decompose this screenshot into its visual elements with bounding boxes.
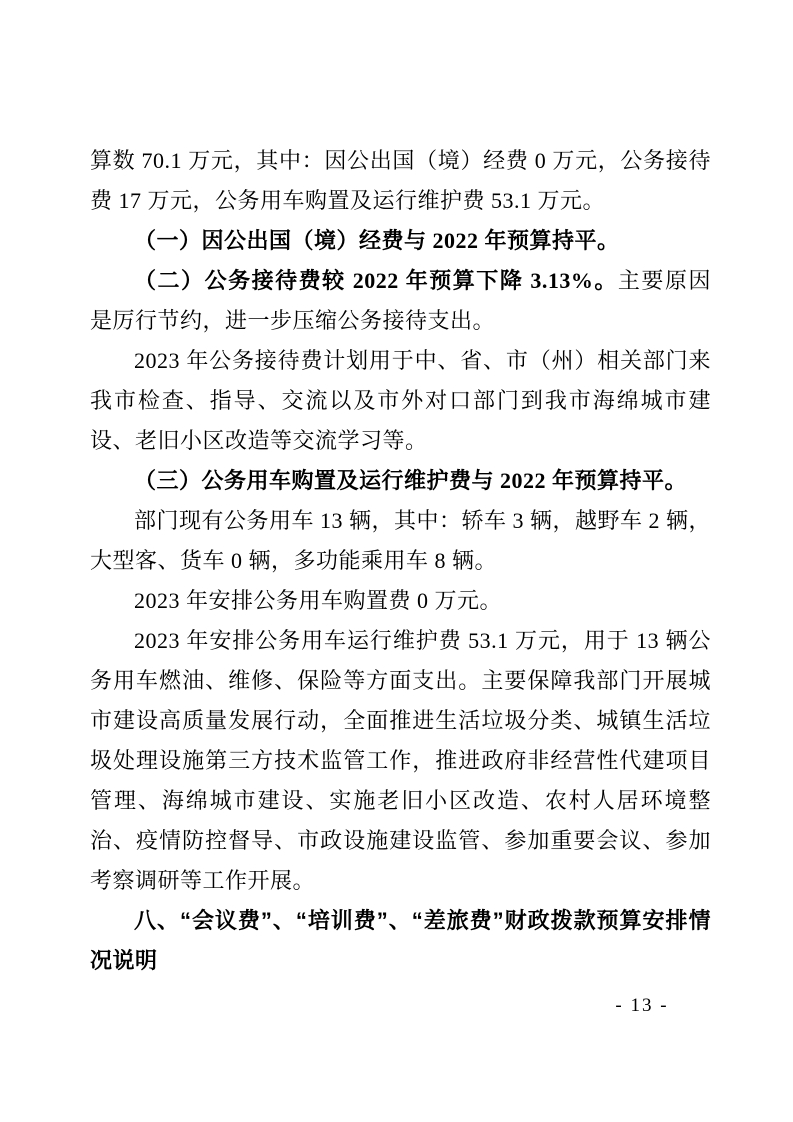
heading-section8-meeting-training-travel: 八、“会议费”、“培训费”、“差旅费”财政拨款预算安排情况说明: [90, 901, 711, 981]
document-body: 算数 70.1 万元，其中：因公出国（境）经费 0 万元，公务接待费 17 万元…: [90, 141, 711, 981]
document-page: 算数 70.1 万元，其中：因公出国（境）经费 0 万元，公务接待费 17 万元…: [0, 0, 793, 1122]
paragraph-item2-reception-decrease: （二）公务接待费较 2022 年预算下降 3.13%。主要原因是厉行节约，进一步…: [90, 261, 711, 341]
heading-item3-vehicle-fee: （三）公务用车购置及运行维护费与 2022 年预算持平。: [90, 461, 711, 501]
paragraph-reception-plan: 2023 年公务接待费计划用于中、省、市（州）相关部门来我市检查、指导、交流以及…: [90, 341, 711, 461]
heading-item2-reception-fee: （二）公务接待费较 2022 年预算下降 3.13%。: [134, 268, 618, 293]
paragraph-budget-totals: 算数 70.1 万元，其中：因公出国（境）经费 0 万元，公务接待费 17 万元…: [90, 141, 711, 221]
paragraph-vehicle-inventory: 部门现有公务用车 13 辆，其中：轿车 3 辆，越野车 2 辆，大型客、货车 0…: [90, 501, 711, 581]
page-number: - 13 -: [607, 994, 677, 1018]
paragraph-vehicle-purchase: 2023 年安排公务用车购置费 0 万元。: [90, 581, 711, 621]
paragraph-vehicle-maintenance: 2023 年安排公务用车运行维护费 53.1 万元，用于 13 辆公务用车燃油、…: [90, 621, 711, 901]
heading-item1-overseas-trips: （一）因公出国（境）经费与 2022 年预算持平。: [90, 221, 711, 261]
